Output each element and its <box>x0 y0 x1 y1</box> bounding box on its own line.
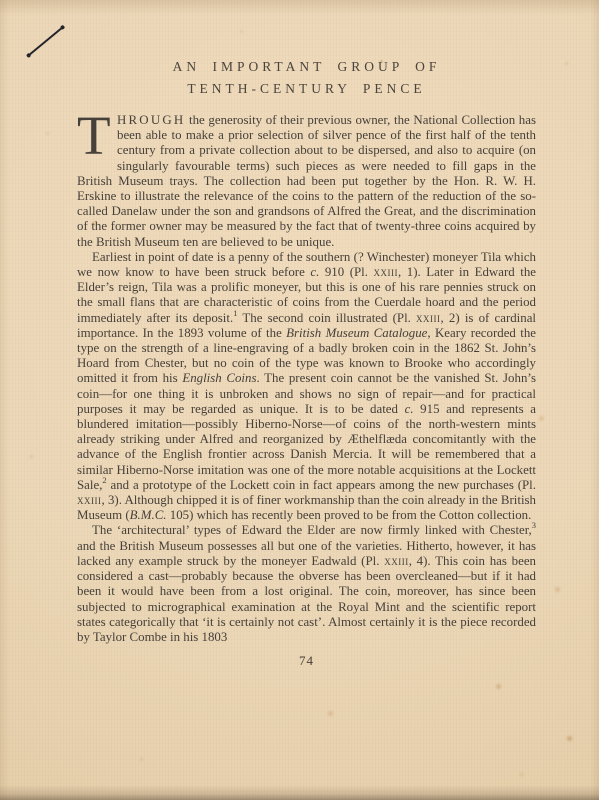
paragraph-1: THROUGH the generosity of their previous… <box>77 113 536 250</box>
paragraph-3: The ‘architectural’ types of Edward the … <box>77 523 536 645</box>
paragraph-2: Earliest in point of date is a penny of … <box>77 250 536 524</box>
drop-cap: T <box>77 114 112 159</box>
paragraph-3-text: The ‘architectural’ types of Edward the … <box>77 523 536 643</box>
pen-mark <box>27 26 64 57</box>
article: AN IMPORTANT GROUP OF TENTH-CENTURY PENC… <box>77 56 536 669</box>
paragraph-2-text: Earliest in point of date is a penny of … <box>77 250 536 522</box>
title-line-1: AN IMPORTANT GROUP OF <box>77 56 536 78</box>
page-number: 74 <box>77 653 536 669</box>
book-page: AN IMPORTANT GROUP OF TENTH-CENTURY PENC… <box>0 0 599 800</box>
article-title: AN IMPORTANT GROUP OF TENTH-CENTURY PENC… <box>77 56 536 100</box>
title-line-2: TENTH-CENTURY PENCE <box>77 78 536 100</box>
paragraph-1-text: HROUGH the generosity of their previous … <box>77 113 536 249</box>
foxing-spots <box>0 0 3 3</box>
